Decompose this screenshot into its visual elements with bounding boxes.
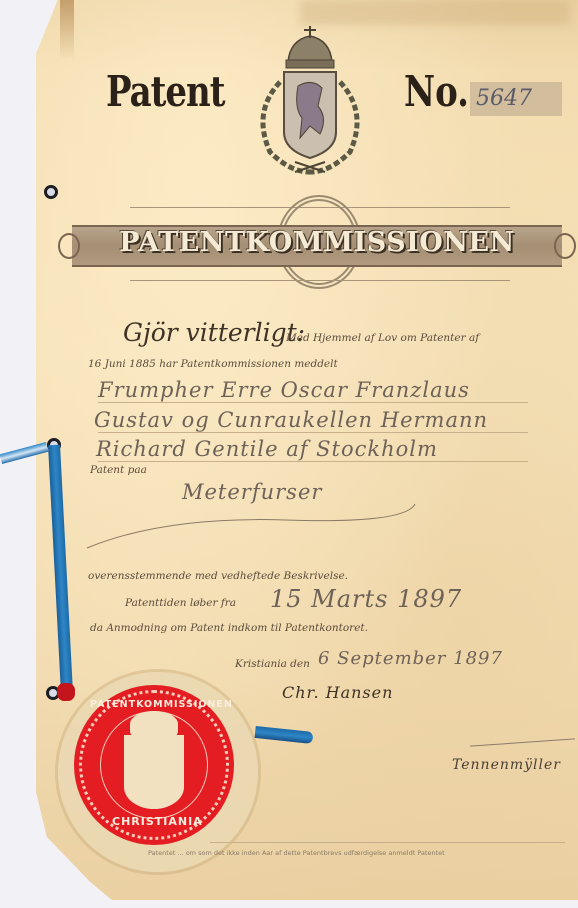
- issue-date: 6 September 1897: [318, 648, 503, 669]
- patent-number-value: 5647: [470, 82, 562, 116]
- red-wax-knot: [57, 683, 75, 701]
- ruled-line: [98, 461, 528, 462]
- notice-text: da Anmodning om Patent indkom til Patent…: [90, 622, 368, 634]
- seal-shield-icon: [124, 735, 184, 809]
- signature-2: Tennenmÿller: [452, 757, 561, 773]
- term-label: Patenttiden løber fra: [125, 597, 236, 609]
- place-date-label: Kristiania den: [235, 658, 310, 670]
- seal-top-text: PATENTKOMMISSIONEN: [90, 699, 233, 710]
- conformity-text: overensstemmende med vedheftede Beskrive…: [88, 570, 348, 582]
- coat-of-arms-icon: [240, 22, 380, 182]
- seal-bottom-text: CHRISTIANIA: [112, 815, 203, 828]
- banner-title: PATENTKOMMISSIONEN: [62, 227, 572, 258]
- header-patent-label: Patent: [106, 67, 224, 117]
- grantee-line-2: Gustav og Cunraukellen Hermann: [94, 408, 488, 432]
- grantee-line-3: Richard Gentile af Stockholm: [96, 437, 438, 461]
- ruled-line: [98, 432, 528, 433]
- seal-crown-icon: [130, 711, 178, 737]
- footer-fine-print: Patentet ... om som det ikke inden Aar a…: [148, 849, 445, 857]
- intro-print: Med Hjemmel af Lov om Patenter af: [286, 332, 479, 344]
- signature-1: Chr. Hansen: [282, 683, 393, 702]
- header-number-label: No.: [404, 67, 469, 117]
- intro-script: Gjör vitterligt:: [123, 318, 305, 347]
- term-start-date: 15 Marts 1897: [270, 585, 462, 613]
- flourish-line: [85, 500, 425, 550]
- footer-rule: [210, 842, 565, 843]
- paper-stain: [60, 0, 74, 60]
- red-seal: PATENTKOMMISSIONEN CHRISTIANIA: [74, 685, 234, 845]
- banner-rule-bottom: [130, 280, 510, 281]
- banner: PATENTKOMMISSIONEN: [62, 215, 572, 269]
- patent-for-label: Patent paa: [90, 464, 147, 476]
- ruled-line: [98, 402, 528, 403]
- intro-print-line2: 16 Juni 1885 har Patentkommissionen medd…: [88, 358, 338, 370]
- punch-hole-top: [44, 185, 58, 199]
- grantee-line-1: Frumpher Erre Oscar Franzlaus: [98, 378, 470, 402]
